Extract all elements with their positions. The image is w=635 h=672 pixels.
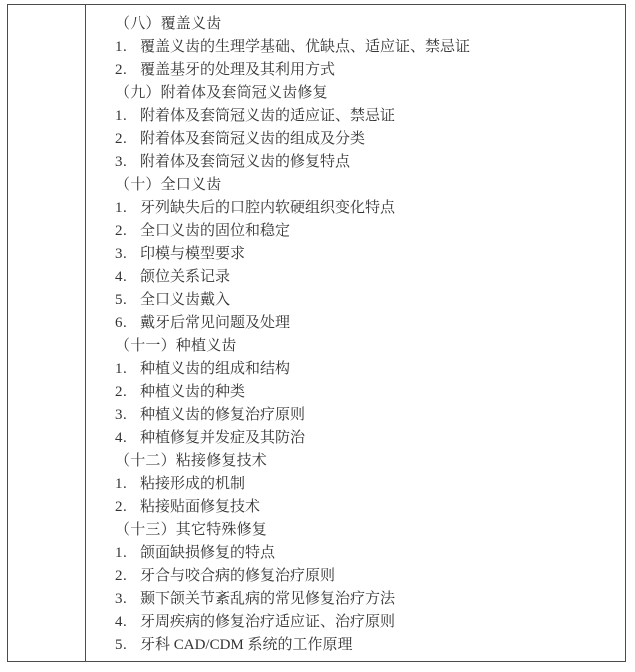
outline-item: 1.粘接形成的机制 (115, 473, 615, 496)
outline-heading: （十三）其它特殊修复 (115, 519, 615, 542)
outline-item: 3.附着体及套筒冠义齿的修复特点 (115, 151, 615, 174)
line-text: （十三）其它特殊修复 (115, 522, 267, 538)
item-number: 4. (115, 611, 140, 634)
item-number: 3. (115, 588, 140, 611)
item-number: 1. (115, 197, 140, 220)
item-number: 2. (115, 496, 140, 519)
outline-item: 4.牙周疾病的修复治疗适应证、治疗原则 (115, 611, 615, 634)
outline-item: 2.附着体及套筒冠义齿的组成及分类 (115, 128, 615, 151)
line-text: （十一）种植义齿 (115, 338, 237, 354)
line-text: 覆盖义齿的生理学基础、优缺点、适应证、禁忌证 (140, 39, 470, 55)
outline-item: 3.颞下颌关节紊乱病的常见修复治疗方法 (115, 588, 615, 611)
outline-item: 1.覆盖义齿的生理学基础、优缺点、适应证、禁忌证 (115, 36, 615, 59)
item-number: 1. (115, 542, 140, 565)
item-number: 1. (115, 36, 140, 59)
line-text: 牙周疾病的修复治疗适应证、治疗原则 (140, 614, 395, 630)
outline-item: 2.全口义齿的固位和稳定 (115, 220, 615, 243)
line-text: 颞下颌关节紊乱病的常见修复治疗方法 (140, 591, 395, 607)
item-number: 4. (115, 266, 140, 289)
outline-item: 4.颌位关系记录 (115, 266, 615, 289)
line-text: 粘接形成的机制 (140, 476, 245, 492)
line-text: 牙合与咬合病的修复治疗原则 (140, 568, 335, 584)
item-number: 2. (115, 128, 140, 151)
line-text: 印模与模型要求 (140, 246, 245, 262)
line-text: 种植义齿的种类 (140, 384, 245, 400)
item-number: 2. (115, 565, 140, 588)
item-number: 2. (115, 381, 140, 404)
outline-item: 1.颌面缺损修复的特点 (115, 542, 615, 565)
line-text: 戴牙后常见问题及处理 (140, 315, 290, 331)
item-number: 5. (115, 289, 140, 312)
item-number: 3. (115, 243, 140, 266)
line-text: 颌面缺损修复的特点 (140, 545, 275, 561)
outline-item: 5.牙科 CAD/CDM 系统的工作原理 (115, 634, 615, 657)
line-text: 种植义齿的修复治疗原则 (140, 407, 305, 423)
line-text: 粘接贴面修复技术 (140, 499, 260, 515)
outline-item: 2.种植义齿的种类 (115, 381, 615, 404)
outline-item: 1.附着体及套筒冠义齿的适应证、禁忌证 (115, 105, 615, 128)
outline-item: 3.种植义齿的修复治疗原则 (115, 404, 615, 427)
item-number: 1. (115, 105, 140, 128)
item-number: 1. (115, 358, 140, 381)
line-text: （十二）粘接修复技术 (115, 453, 267, 469)
item-number: 4. (115, 427, 140, 450)
line-text: 全口义齿戴入 (140, 292, 230, 308)
outline-item: 3.印模与模型要求 (115, 243, 615, 266)
outline-item: 2.牙合与咬合病的修复治疗原则 (115, 565, 615, 588)
item-number: 2. (115, 59, 140, 82)
line-text: 附着体及套筒冠义齿的组成及分类 (140, 131, 365, 147)
line-text: 全口义齿的固位和稳定 (140, 223, 290, 239)
outline-heading: （十一）种植义齿 (115, 335, 615, 358)
line-text: （八）覆盖义齿 (115, 16, 221, 32)
outline-item: 1.牙列缺失后的口腔内软硬组织变化特点 (115, 197, 615, 220)
outline-heading: （十）全口义齿 (115, 174, 615, 197)
line-text: 附着体及套筒冠义齿的适应证、禁忌证 (140, 108, 395, 124)
line-text: 附着体及套筒冠义齿的修复特点 (140, 154, 350, 170)
outline-item: 4.种植修复并发症及其防治 (115, 427, 615, 450)
outline-item: 6.戴牙后常见问题及处理 (115, 312, 615, 335)
line-text: 牙列缺失后的口腔内软硬组织变化特点 (140, 200, 395, 216)
item-number: 2. (115, 220, 140, 243)
item-number: 1. (115, 473, 140, 496)
item-number: 3. (115, 404, 140, 427)
line-text: 种植义齿的组成和结构 (140, 361, 290, 377)
outline-list: （八）覆盖义齿1.覆盖义齿的生理学基础、优缺点、适应证、禁忌证2.覆盖基牙的处理… (115, 13, 615, 657)
line-text: 牙科 CAD/CDM 系统的工作原理 (140, 637, 353, 653)
line-text: 种植修复并发症及其防治 (140, 430, 305, 446)
line-text: （九）附着体及套筒冠义齿修复 (115, 85, 328, 101)
outline-item: 5.全口义齿戴入 (115, 289, 615, 312)
outline-item: 2.粘接贴面修复技术 (115, 496, 615, 519)
table-left-cell (8, 5, 86, 661)
outline-item: 1.种植义齿的组成和结构 (115, 358, 615, 381)
line-text: 覆盖基牙的处理及其利用方式 (140, 62, 335, 78)
item-number: 5. (115, 634, 140, 657)
outline-heading: （十二）粘接修复技术 (115, 450, 615, 473)
content-table: （八）覆盖义齿1.覆盖义齿的生理学基础、优缺点、适应证、禁忌证2.覆盖基牙的处理… (7, 4, 626, 662)
outline-item: 2.覆盖基牙的处理及其利用方式 (115, 59, 615, 82)
outline-heading: （八）覆盖义齿 (115, 13, 615, 36)
line-text: 颌位关系记录 (140, 269, 230, 285)
table-content-cell: （八）覆盖义齿1.覆盖义齿的生理学基础、优缺点、适应证、禁忌证2.覆盖基牙的处理… (86, 5, 625, 661)
item-number: 6. (115, 312, 140, 335)
line-text: （十）全口义齿 (115, 177, 221, 193)
item-number: 3. (115, 151, 140, 174)
outline-heading: （九）附着体及套筒冠义齿修复 (115, 82, 615, 105)
